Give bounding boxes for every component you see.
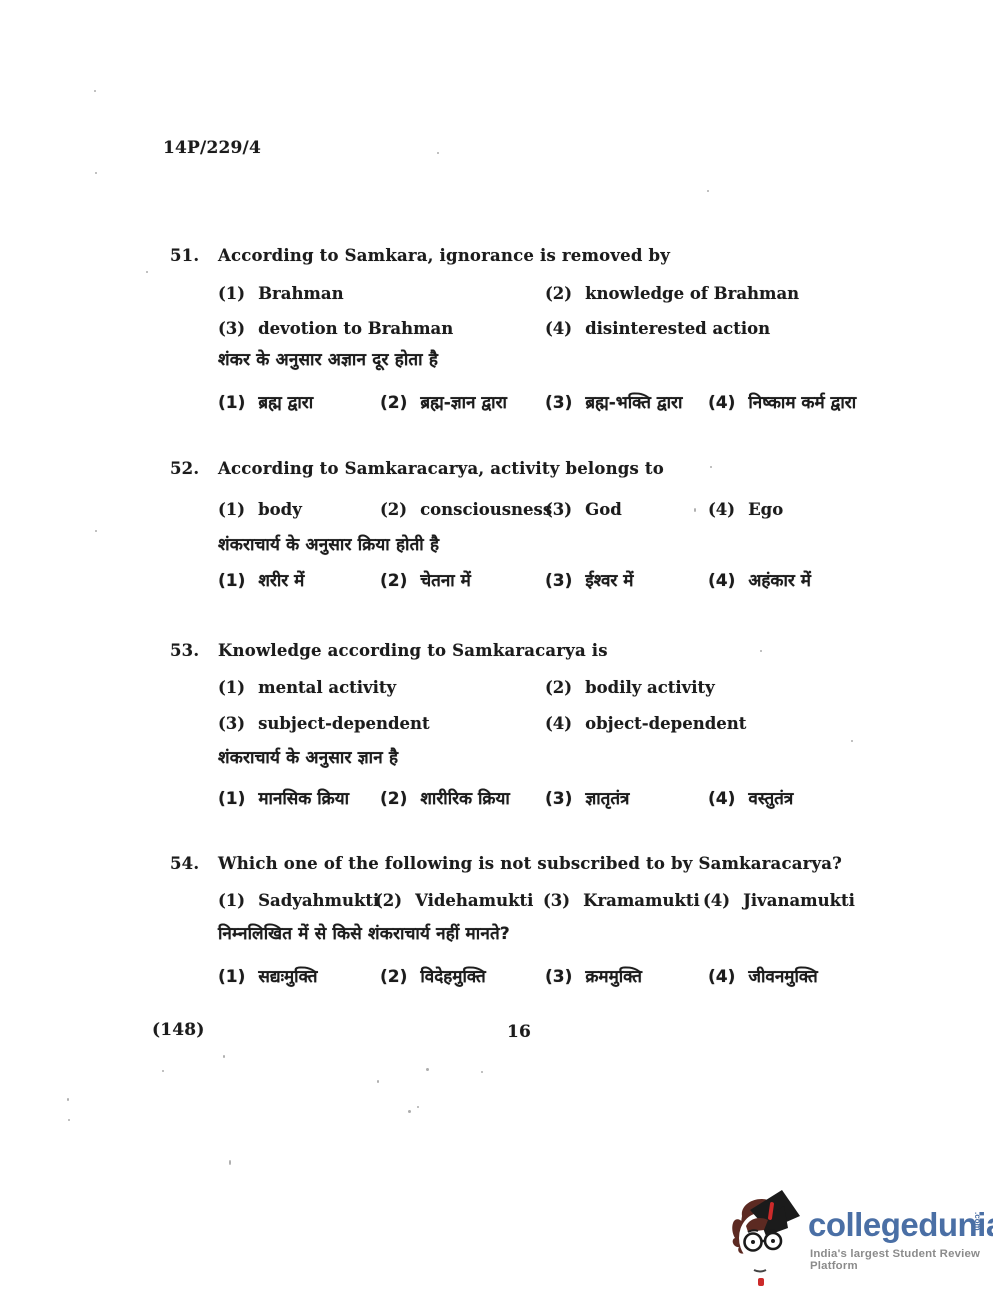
option-label: क्रममुक्ति (585, 967, 642, 987)
option-number: (2) (545, 284, 572, 303)
page-number: 16 (507, 1022, 531, 1042)
question-53-stem: 53.Knowledge according to Samkaracarya i… (170, 641, 608, 660)
q53-option-4-hi: (4)वस्तुतंत्र (708, 786, 793, 809)
option-number: (2) (380, 571, 407, 591)
q53-stem-hindi: शंकराचार्य के अनुसार ज्ञान है (218, 745, 398, 768)
option-label: Sadyahmukti (258, 891, 379, 910)
q51-option-4-hi: (4)निष्काम कर्म द्वारा (708, 390, 856, 413)
q51-option-1-en: (1)Brahman (218, 284, 344, 303)
q51-option-2-en: (2)knowledge of Brahman (545, 284, 799, 303)
option-label: object-dependent (585, 714, 746, 733)
option-number: (3) (545, 393, 572, 413)
q52-option-1-en: (1)body (218, 500, 302, 519)
option-label: ईश्वर में (585, 571, 633, 591)
option-label: अहंकार में (748, 571, 811, 591)
option-label: विदेहमुक्ति (420, 967, 485, 987)
q51-stem-hindi: शंकर के अनुसार अज्ञान दूर होता है (218, 347, 438, 370)
option-number: (4) (708, 500, 735, 519)
q54-stem-hindi: निम्नलिखित में से किसे शंकराचार्य नहीं म… (218, 921, 510, 944)
option-label: Videhamukti (415, 891, 533, 910)
q53-option-1-en: (1)mental activity (218, 678, 396, 697)
option-label: चेतना में (420, 571, 470, 591)
q53-option-3-hi: (3)ज्ञातृतंत्र (545, 786, 629, 809)
q52-option-4-hi: (4)अहंकार में (708, 568, 811, 591)
collegedunia-mascot-icon (726, 1186, 800, 1288)
option-number: (1) (218, 891, 245, 910)
q53-option-2-hi: (2)शारीरिक क्रिया (380, 786, 510, 809)
q54-option-4-hi: (4)जीवनमुक्ति (708, 964, 818, 987)
option-number: (3) (545, 500, 572, 519)
option-number: (1) (218, 500, 245, 519)
option-label: सद्यःमुक्ति (258, 967, 317, 987)
question-text: According to Samkaracarya, activity belo… (218, 459, 664, 478)
q54-option-2-hi: (2)विदेहमुक्ति (380, 964, 486, 987)
option-number: (2) (545, 678, 572, 697)
q53-option-3-en: (3)subject-dependent (218, 714, 430, 733)
option-label: शारीरिक क्रिया (420, 789, 509, 809)
q51-option-2-hi: (2)ब्रह्म-ज्ञान द्वारा (380, 390, 507, 413)
option-label: bodily activity (585, 678, 715, 697)
option-label: ब्रह्म-ज्ञान द्वारा (420, 393, 507, 413)
question-51-stem: 51.According to Samkara, ignorance is re… (170, 246, 670, 265)
option-number: (3) (545, 967, 572, 987)
question-text: According to Samkara, ignorance is remov… (218, 246, 670, 265)
question-number: 53. (170, 641, 218, 660)
question-text: Knowledge according to Samkaracarya is (218, 641, 608, 660)
q52-option-2-hi: (2)चेतना में (380, 568, 471, 591)
option-label: Kramamukti (583, 891, 700, 910)
option-label: Brahman (258, 284, 343, 303)
option-number: (4) (708, 789, 735, 809)
q53-option-1-hi: (1)मानसिक क्रिया (218, 786, 349, 809)
option-number: (1) (218, 789, 245, 809)
option-number: (3) (218, 319, 245, 338)
option-label: Jivanamukti (743, 891, 855, 910)
option-label: निष्काम कर्म द्वारा (748, 393, 856, 413)
option-number: (1) (218, 571, 245, 591)
option-label: Ego (748, 500, 783, 519)
q52-option-2-en: (2)consciousness (380, 500, 552, 519)
q52-option-3-hi: (3)ईश्वर में (545, 568, 633, 591)
q54-option-3-hi: (3)क्रममुक्ति (545, 964, 642, 987)
option-label: knowledge of Brahman (585, 284, 799, 303)
paper-code: 14P/229/4 (163, 138, 261, 158)
q52-option-1-hi: (1)शरीर में (218, 568, 304, 591)
option-number: (1) (218, 284, 245, 303)
q53-option-2-en: (2)bodily activity (545, 678, 715, 697)
option-label: devotion to Brahman (258, 319, 453, 338)
option-number: (4) (708, 967, 735, 987)
q51-option-4-en: (4)disinterested action (545, 319, 770, 338)
option-number: (3) (218, 714, 245, 733)
option-label: ब्रह्म द्वारा (258, 393, 313, 413)
option-number: (4) (708, 393, 735, 413)
question-number: 52. (170, 459, 218, 478)
question-text: Which one of the following is not subscr… (218, 854, 842, 873)
question-number: 54. (170, 854, 218, 873)
question-52-stem: 52.According to Samkaracarya, activity b… (170, 459, 664, 478)
option-label: body (258, 500, 302, 519)
option-label: वस्तुतंत्र (748, 789, 793, 809)
question-54-stem: 54.Which one of the following is not sub… (170, 854, 842, 873)
option-label: मानसिक क्रिया (258, 789, 349, 809)
option-number: (3) (543, 891, 570, 910)
q51-option-3-hi: (3)ब्रह्म-भक्ति द्वारा (545, 390, 682, 413)
q54-option-2-en: (2)Videhamukti (375, 891, 533, 910)
option-label: mental activity (258, 678, 396, 697)
option-number: (1) (218, 967, 245, 987)
q54-option-4-en: (4)Jivanamukti (703, 891, 855, 910)
option-number: (4) (708, 571, 735, 591)
option-label: consciousness (420, 500, 552, 519)
q51-option-3-en: (3)devotion to Brahman (218, 319, 453, 338)
option-label: जीवनमुक्ति (748, 967, 817, 987)
q52-option-3-en: (3)God (545, 500, 622, 519)
q52-stem-hindi: शंकराचार्य के अनुसार क्रिया होती है (218, 532, 439, 555)
option-label: ब्रह्म-भक्ति द्वारा (585, 393, 682, 413)
option-label: ज्ञातृतंत्र (585, 789, 629, 809)
option-number: (2) (380, 393, 407, 413)
option-number: (1) (218, 393, 245, 413)
option-number: (3) (545, 571, 572, 591)
collegedunia-logo: collegedunia .com India's largest Studen… (726, 1186, 988, 1288)
collegedunia-wordmark: collegedunia (808, 1206, 993, 1244)
q53-option-4-en: (4)object-dependent (545, 714, 746, 733)
option-number: (2) (380, 789, 407, 809)
q54-option-3-en: (3)Kramamukti (543, 891, 700, 910)
option-label: disinterested action (585, 319, 770, 338)
q52-option-4-en: (4)Ego (708, 500, 783, 519)
option-label: God (585, 500, 622, 519)
q54-option-1-hi: (1)सद्यःमुक्ति (218, 964, 317, 987)
booklet-series: (148) (152, 1020, 205, 1040)
option-number: (3) (545, 789, 572, 809)
option-label: शरीर में (258, 571, 304, 591)
q51-option-1-hi: (1)ब्रह्म द्वारा (218, 390, 313, 413)
option-number: (2) (380, 967, 407, 987)
option-number: (4) (545, 319, 572, 338)
option-number: (4) (545, 714, 572, 733)
option-number: (1) (218, 678, 245, 697)
collegedunia-tagline: India's largest Student Review Platform (810, 1248, 988, 1272)
option-label: subject-dependent (258, 714, 430, 733)
question-number: 51. (170, 246, 218, 265)
option-number: (2) (375, 891, 402, 910)
option-number: (4) (703, 891, 730, 910)
scanned-exam-page: 14P/229/4 51.According to Samkara, ignor… (0, 0, 993, 1303)
option-number: (2) (380, 500, 407, 519)
collegedunia-dotcom: .com (973, 1212, 982, 1231)
q54-option-1-en: (1)Sadyahmukti (218, 891, 379, 910)
